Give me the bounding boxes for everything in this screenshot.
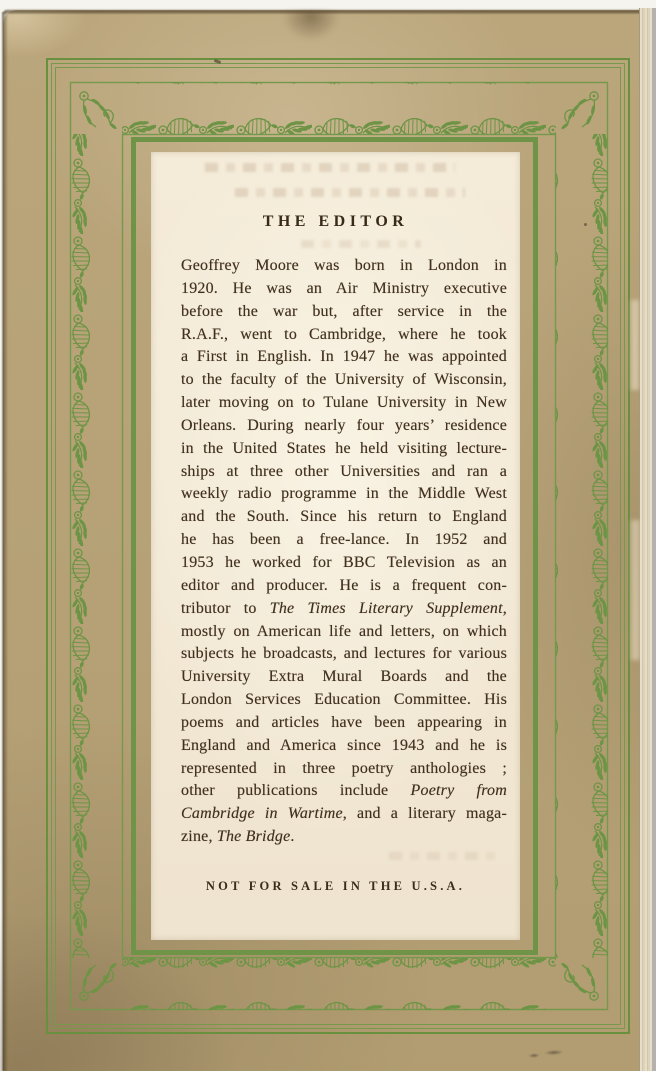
- text-line: mostly on American life and letters, on …: [181, 621, 507, 644]
- text-line: 1953 he worked for BBC Television as an: [181, 552, 507, 575]
- text-line: Geoffrey Moore was born in London in: [181, 255, 507, 278]
- text-line: and the South. Since his return to Engla…: [181, 506, 507, 529]
- text-line: other publications include Poetry from: [181, 780, 507, 803]
- text-line: subjects he broadcasts, and lectures for…: [181, 643, 507, 666]
- text-line: poems and articles have been appearing i…: [181, 712, 507, 735]
- page-title: THE EDITOR: [151, 213, 520, 231]
- text-line: tributor to The Times Literary Supplemen…: [181, 598, 507, 621]
- text-line: in the United States he held visiting le…: [181, 438, 507, 461]
- text-line: editor and producer. He is a frequent co…: [181, 575, 507, 598]
- text-line: a First in English. In 1947 he was appoi…: [181, 346, 507, 369]
- text-line: 1920. He was an Air Ministry executive: [181, 278, 507, 301]
- text-line: Orleans. During nearly four years’ resid…: [181, 415, 507, 438]
- showthrough-artifact: [301, 240, 421, 248]
- showthrough-artifact: [205, 163, 455, 172]
- text-line: Cambridge in Wartime, and a literary mag…: [181, 803, 507, 826]
- text-line: before the war but, after service in the: [181, 301, 507, 324]
- edge-wear-artifact: [631, 520, 640, 660]
- book-back-cover-scan: THE EDITOR Geoffrey Moore was born in Lo…: [0, 0, 656, 1071]
- text-line: weekly radio programme in the Middle Wes…: [181, 483, 507, 506]
- text-line: represented in three poetry anthologies …: [181, 758, 507, 781]
- text-line: London Services Education Committee. His: [181, 689, 507, 712]
- text-line: later moving on to Tulane University in …: [181, 392, 507, 415]
- text-line: R.A.F., went to Cambridge, where he took: [181, 324, 507, 347]
- text-line: zine, The Bridge.: [181, 826, 507, 849]
- showthrough-artifact: [235, 188, 465, 197]
- footer-notice: NOT FOR SALE IN THE U.S.A.: [151, 879, 520, 894]
- biography-text: Geoffrey Moore was born in London in1920…: [181, 255, 507, 849]
- text-line: University Extra Mural Boards and the: [181, 666, 507, 689]
- text-line: England and America since 1943 and he is: [181, 735, 507, 758]
- worn-corner-artifact: [3, 10, 95, 62]
- showthrough-artifact: [389, 852, 499, 860]
- edge-wear-artifact: [631, 300, 639, 390]
- text-line: he has been a free-lance. In 1952 and: [181, 529, 507, 552]
- scuff-mark-artifact: [282, 11, 340, 41]
- ink-speck-artifact: [584, 223, 587, 226]
- book-page-edges: [639, 8, 656, 1071]
- text-panel: THE EDITOR Geoffrey Moore was born in Lo…: [151, 152, 520, 940]
- text-line: ships at three other Universities and ra…: [181, 461, 507, 484]
- text-line: to the faculty of the University of Wisc…: [181, 369, 507, 392]
